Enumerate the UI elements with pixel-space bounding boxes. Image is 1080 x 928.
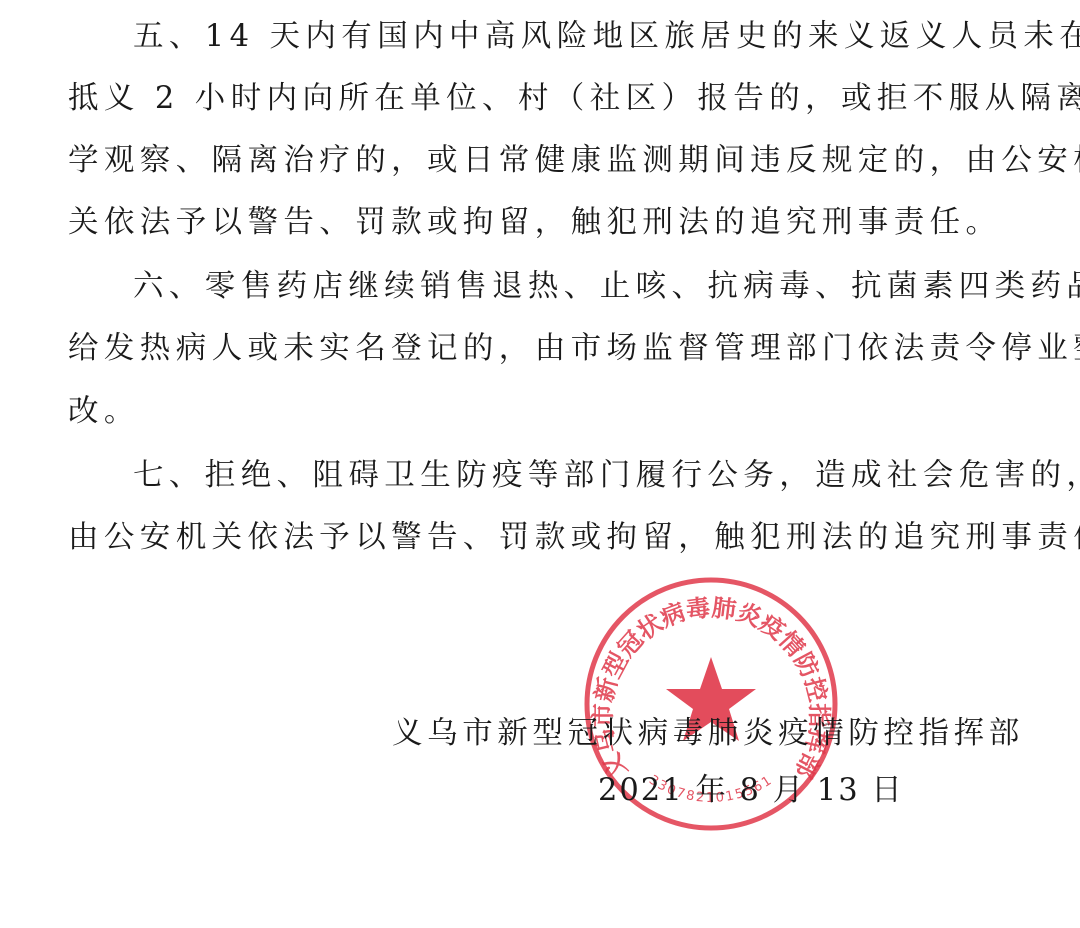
signature-date: 2021 年 8 月 13 日 [598, 776, 904, 807]
paragraph-5-line-4: 关依法予以警告、罚款或拘留，触犯刑法的追究刑事责任。 [68, 208, 1001, 239]
paragraph-7-line-2: 由公安机关依法予以警告、罚款或拘留，触犯刑法的追究刑事责任。 [68, 523, 1080, 554]
paragraph-6-line-2: 给发热病人或未实名登记的，由市场监督管理部门依法责令停业整 [68, 334, 1080, 365]
paragraph-5-line-2: 抵义 2 小时内向所在单位、村（社区）报告的，或拒不服从隔离医 [68, 84, 1080, 115]
seal-text: 义乌市新型冠状病毒肺炎疫情防控指挥部 [589, 594, 833, 783]
paragraph-7-line-1: 七、拒绝、阻碍卫生防疫等部门履行公务，造成社会危害的， [133, 461, 1080, 492]
paragraph-5-line-3: 学观察、隔离治疗的，或日常健康监测期间违反规定的，由公安机 [68, 146, 1080, 177]
paragraph-6-line-1: 六、零售药店继续销售退热、止咳、抗病毒、抗菌素四类药品 [133, 272, 1080, 303]
signature-organization: 义乌市新型冠状病毒肺炎疫情防控指挥部 [392, 719, 1024, 750]
paragraph-6-line-3: 改。 [68, 397, 140, 428]
paragraph-5-line-1: 五、14 天内有国内中高风险地区旅居史的来义返义人员未在 [133, 22, 1080, 53]
svg-text:义乌市新型冠状病毒肺炎疫情防控指挥部: 义乌市新型冠状病毒肺炎疫情防控指挥部 [589, 594, 833, 783]
